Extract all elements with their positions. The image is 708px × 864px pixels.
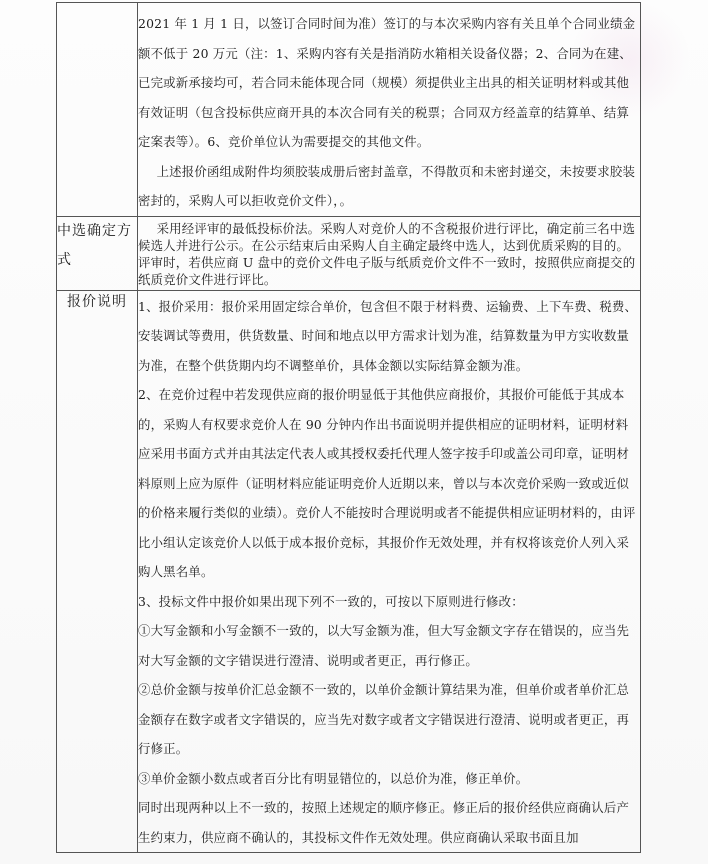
quote-rule-2: ②总价金额与按单价汇总金额不一致的，以单价金额计算结果为准，但单价或者单价汇总金… <box>138 675 640 764</box>
quote-note-3: 3、投标文件中报价如果出现下列不一致的，可按以下原则进行修改： <box>138 587 640 617</box>
table-row-quote-notes: 报价说明 1、报价采用：报价采用固定综合单价，包含但不限于材料费、运输费、上下车… <box>57 290 641 853</box>
quote-note-2: 2、在竞价过程中若发现供应商的报价明显低于其他供应商报价，其报价可能低于其成本的… <box>138 380 640 587</box>
quote-notes-content: 1、报价采用：报价采用固定综合单价，包含但不限于材料费、运输费、上下车费、税费、… <box>138 290 641 853</box>
qualification-paragraph: 2021 年 1 月 1 日，以签订合同时间为准）签订的与本次采购内容有关且单个… <box>138 9 640 157</box>
selection-method-paragraph: 采用经评审的最低投标价法。采购人对竞价人的不含税报价进行评比，确定前三名中选候选… <box>138 220 640 288</box>
quote-rule-order: 同时出现两种以上不一致的，按照上述规定的顺序修正。修正后的报价经供应商确认后产生… <box>138 793 640 852</box>
row-label-quote-notes: 报价说明 <box>57 290 138 853</box>
quote-rule-3: ③单价金额小数点或者百分比有明显错位的，以总价为准，修正单价。 <box>138 764 640 794</box>
row-label-empty <box>57 3 138 217</box>
table-row-qualification: 2021 年 1 月 1 日，以签订合同时间为准）签订的与本次采购内容有关且单个… <box>57 3 641 217</box>
selection-method-content: 采用经评审的最低投标价法。采购人对竞价人的不含税报价进行评比，确定前三名中选候选… <box>138 216 641 290</box>
quote-note-1: 1、报价采用：报价采用固定综合单价，包含但不限于材料费、运输费、上下车费、税费、… <box>138 292 640 381</box>
table-row-selection-method: 中选确定方式 采用经评审的最低投标价法。采购人对竞价人的不含税报价进行评比，确定… <box>57 216 641 290</box>
procurement-terms-table: 2021 年 1 月 1 日，以签订合同时间为准）签订的与本次采购内容有关且单个… <box>56 2 641 853</box>
quote-rule-1: ①大写金额和小写金额不一致的，以大写金额为准，但大写金额文字存在错误的，应当先对… <box>138 616 640 675</box>
row-label-selection-method: 中选确定方式 <box>57 216 138 290</box>
binding-requirement-paragraph: 上述报价函组成附件均须胶装成册后密封盖章，不得散页和未密封递交，未按要求胶装密封… <box>138 157 640 216</box>
qualification-content: 2021 年 1 月 1 日，以签订合同时间为准）签订的与本次采购内容有关且单个… <box>138 3 641 217</box>
